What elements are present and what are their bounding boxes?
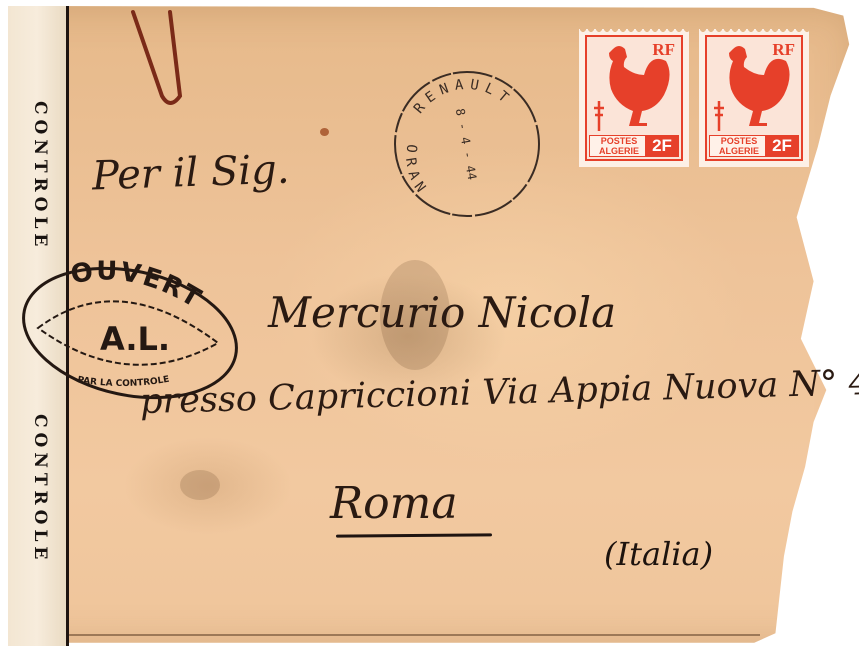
postmark-region: ORAN [402, 144, 432, 201]
svg-text:ORAN: ORAN [402, 144, 432, 201]
stamp-label: POSTES ALGERIE [589, 135, 649, 157]
stamp-value: 2F [645, 135, 679, 157]
censor-tape-label: CONTROLE [20, 101, 50, 251]
envelope-bottom-edge [60, 634, 760, 636]
country: (Italia) [604, 535, 713, 573]
postage-stamp: RF POSTES ALGERIE 2F [699, 29, 809, 167]
handstamp-center-text: A.L. [100, 320, 170, 358]
cross-of-lorraine-icon [594, 101, 604, 131]
ink-stain [180, 470, 220, 500]
stamp-value: 2F [765, 135, 799, 157]
stamp-country: RF [652, 40, 675, 60]
recipient-name: Mercurio Nicola [268, 288, 616, 337]
handstamp-top-text: OUVERT [68, 258, 207, 315]
postmark-date: 8 - 4 - 44 [453, 107, 479, 181]
cross-of-lorraine-icon [714, 101, 724, 131]
pen-loop-mark [130, 8, 190, 108]
salutation: Per il Sig. [91, 147, 290, 200]
postage-stamp: RF POSTES ALGERIE 2F [579, 29, 689, 167]
stamp-label: POSTES ALGERIE [709, 135, 769, 157]
stamps-pair: RF POSTES ALGERIE 2F RF POSTES ALGERIE 2… [579, 29, 809, 167]
censor-tape-label: CONTROLE [20, 414, 50, 564]
svg-text:OUVERT: OUVERT [68, 258, 207, 315]
ink-spot [320, 128, 329, 136]
stamp-country: RF [772, 40, 795, 60]
postmark-cancel: RENAULT ORAN 8 - 4 - 44 [390, 67, 545, 222]
city: Roma [330, 478, 458, 529]
